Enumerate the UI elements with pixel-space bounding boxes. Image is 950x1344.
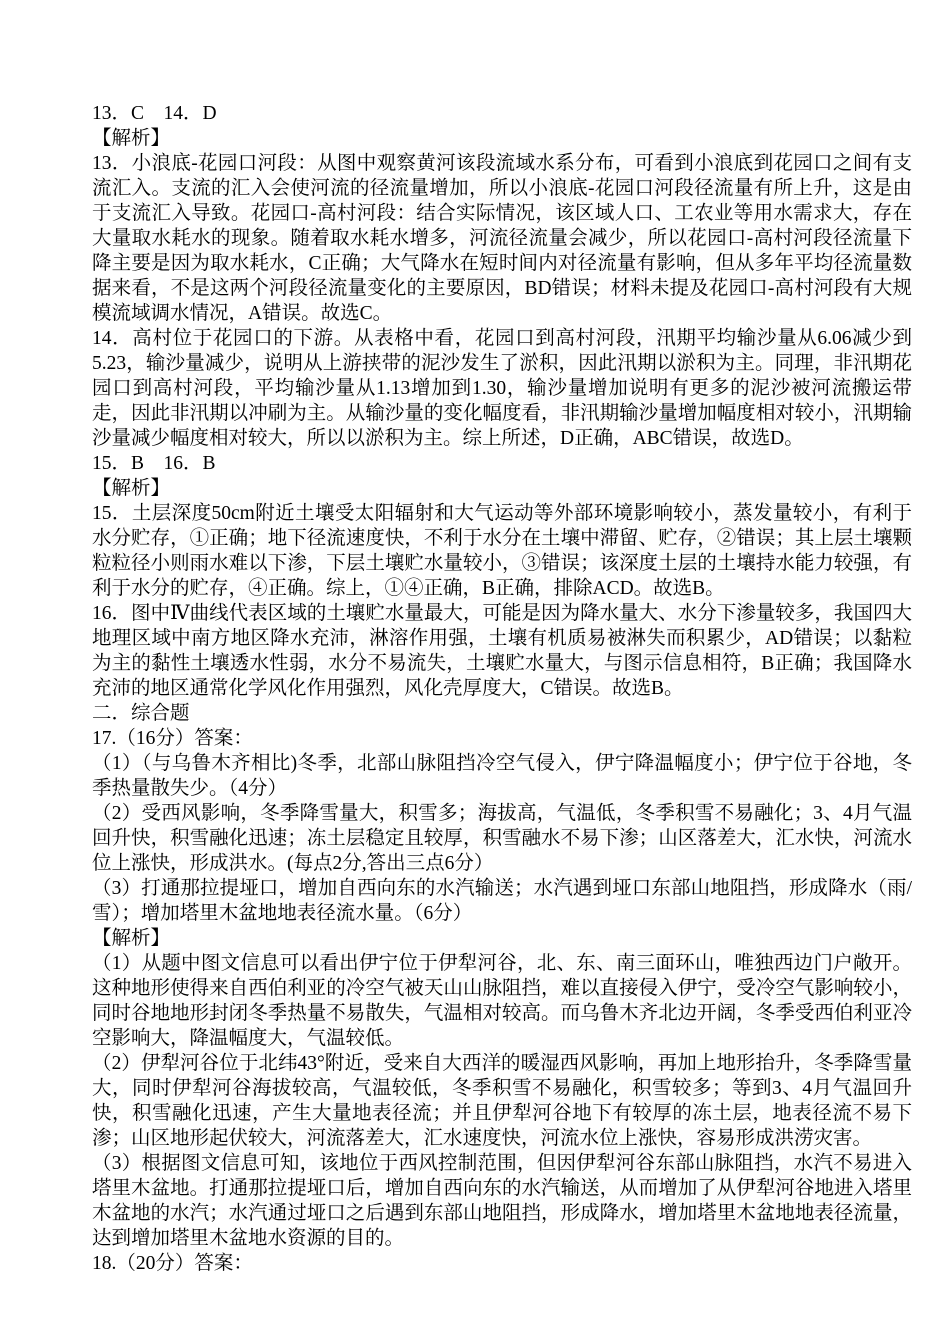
q17-answer-part1: （1）（与乌鲁木齐相比)冬季，北部山脉阻挡冷空气侵入，伊宁降温幅度小；伊宁位于谷… [92,751,912,801]
section-heading: 二．综合题 [92,701,912,726]
explanation-q14: 14．高村位于花园口的下游。从表格中看，花园口到高村河段，汛期平均输沙量从6.0… [92,326,912,451]
analysis-label: 【解析】 [92,126,912,151]
q17-explanation-part2: （2）伊犁河谷位于北纬43°附近，受来自大西洋的暖湿西风影响，再加上地形抬升，冬… [92,1051,912,1151]
analysis-label: 【解析】 [92,476,912,501]
explanation-q15: 15．土层深度50cm附近土壤受太阳辐射和大气运动等外部环境影响较小，蒸发量较小… [92,501,912,601]
explanation-q13: 13．小浪底-花园口河段：从图中观察黄河该段流域水系分布，可看到小浪底到花园口之… [92,151,912,326]
answer-key-line-13-14: 13．C 14．D [92,101,912,126]
answer-key-line-15-16: 15．B 16．B [92,451,912,476]
q17-explanation-part1: （1）从题中图文信息可以看出伊宁位于伊犁河谷，北、东、南三面环山，唯独西边门户敞… [92,951,912,1051]
analysis-label: 【解析】 [92,926,912,951]
explanation-q16: 16．图中Ⅳ曲线代表区域的土壤贮水量最大，可能是因为降水量大、水分下渗量较多，我… [92,601,912,701]
document-page: 13．C 14．D 【解析】 13．小浪底-花园口河段：从图中观察黄河该段流域水… [0,0,950,1344]
q17-explanation-part3: （3）根据图文信息可知，该地位于西风控制范围，但因伊犁河谷东部山脉阻挡，水汽不易… [92,1151,912,1251]
q17-answer-part2: （2）受西风影响，冬季降雪量大，积雪多；海拔高，气温低，冬季积雪不易融化；3、4… [92,801,912,876]
q18-answer-heading: 18.（20分）答案： [92,1251,912,1276]
q17-answer-part3: （3）打通那拉提垭口，增加自西向东的水汽输送；水汽遇到垭口东部山地阻挡，形成降水… [92,876,912,926]
document-content: 13．C 14．D 【解析】 13．小浪底-花园口河段：从图中观察黄河该段流域水… [92,101,912,1276]
q17-answer-heading: 17.（16分）答案： [92,726,912,751]
